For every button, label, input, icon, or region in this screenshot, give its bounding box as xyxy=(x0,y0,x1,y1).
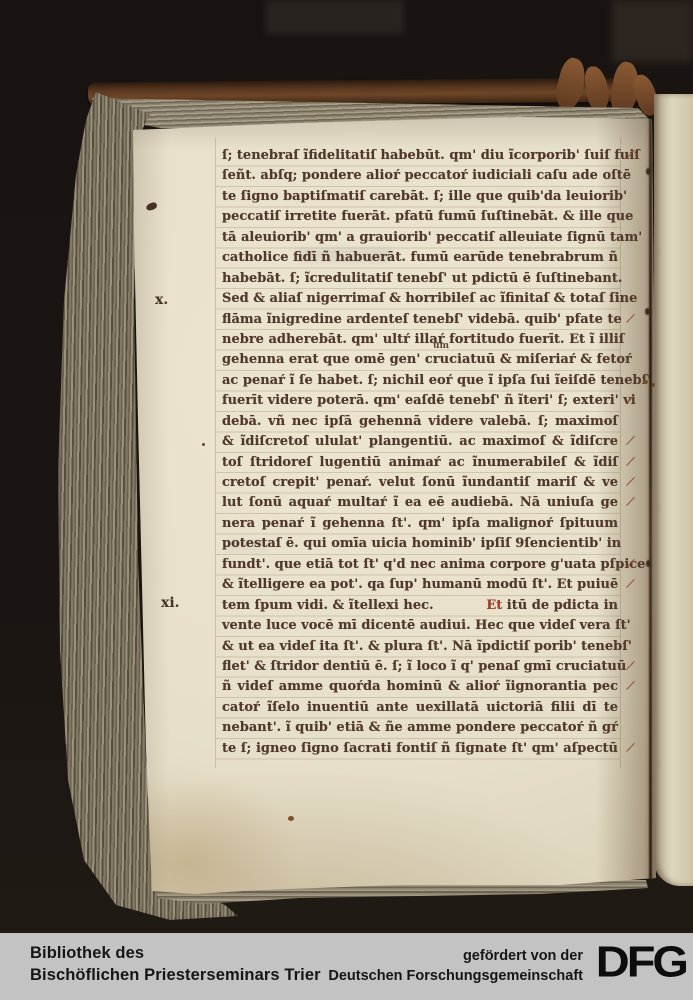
manuscript-line: catoŕ ĩſelo inuentiū ante uexillatā uict… xyxy=(222,698,618,718)
manuscript-line: fuerīt videre poterā. qm' eaſdē tenebſ' … xyxy=(222,391,618,411)
manuscript-line: & ĩdiſcretoſ ululat' plangentiū. ac maxi… xyxy=(222,432,618,452)
manuscript-line: & ĩtelligere ea pot'. qa ſup' humanū mod… xyxy=(222,575,618,595)
torn-cover-fragment xyxy=(583,65,611,114)
manuscript-line: te ſigno baptiſmatiſ carebāt. ſ; ille qu… xyxy=(222,187,618,207)
manuscript-line: potestaſ ē. qui omīa uicia hominib' ipſi… xyxy=(222,534,618,554)
manuscript-line: gehenna erat que omē gen' cruciatuū & mi… xyxy=(222,350,618,370)
manuscript-line: nera penaŕ ĩ gehenna ſt'. qm' ipſa malig… xyxy=(222,514,618,534)
funding-credit-line2: Deutschen Forschungsgemeinschaft xyxy=(328,966,583,986)
sewing-knot xyxy=(646,168,651,175)
manuscript-line: nebre adherebāt. qm' ultŕ illaŕ fortitud… xyxy=(222,330,618,350)
gutter-shadow xyxy=(596,110,656,890)
manuscript-line: flet' & ſtridor dentiū ē. ſ; ĩ loco ĩ q'… xyxy=(222,657,618,677)
manuscript-text: ſ; tenebraſ ĩfidelitatiſ habebūt. qm' di… xyxy=(222,146,618,759)
manuscript-line: vente luce vocē mī dicentē audiui. Hec q… xyxy=(222,616,618,636)
sewing-knot xyxy=(646,560,651,567)
interlinear-correction: um xyxy=(433,341,449,351)
manuscript-line: catholice fidī ñ habuerāt. fumū earūde t… xyxy=(222,248,618,268)
manuscript-line: ñ videſ amme quoŕda hominū & alioŕ ĩigno… xyxy=(222,677,618,697)
manuscript-line: ſeñt. abſq; pondere alioŕ peccatoŕ iudic… xyxy=(222,166,618,186)
manuscript-line: te ſ; igneo ſigno ſacrati fontiſ ñ ſigna… xyxy=(222,739,618,759)
dfg-logo: DFG xyxy=(596,936,686,987)
manuscript-line: & ut ea videſ ita ſt'. & plura ſt'. Nā ĩ… xyxy=(222,637,618,657)
manuscript-line: tā aleuiorib' qm' a grauiorib' peccatiſ … xyxy=(222,228,618,248)
parchment-stain xyxy=(288,816,294,821)
margin-chapter-number: xi. xyxy=(161,595,180,611)
manuscript-line: lut ſonū aquaŕ multaŕ ĩ ea eē audiebā. N… xyxy=(222,493,618,513)
library-credit: Bibliothek des Bischöflichen Priestersem… xyxy=(30,942,321,986)
manuscript-line: nebant'. ĩ quib' etiā & ñe amme pondere … xyxy=(222,718,618,738)
manuscript-line: toſ ſtridoreſ lugentiū animaŕ ac ĩnumera… xyxy=(222,453,618,473)
manuscript-line: peccatiſ irretite fuerāt. pfatū fumū ſuſ… xyxy=(222,207,618,227)
manuscript-line: fundt'. que etiā tot ſt' q'd nec anima c… xyxy=(222,555,618,575)
facing-page-sliver xyxy=(654,94,693,886)
funding-credit-line1: gefördert von der xyxy=(328,946,583,966)
funding-credit: gefördert von der Deutschen Forschungsge… xyxy=(328,946,583,986)
sewing-knot xyxy=(645,308,650,315)
binding-crease xyxy=(649,116,652,884)
manuscript-line: habebāt. ſ; ĩcredulitatiſ tenebſ' ut pdi… xyxy=(222,269,618,289)
manuscript-line: ac penaŕ ĩ ſe habet. ſ; nichil eoŕ que ĩ… xyxy=(222,371,618,391)
ruling-vertical-left xyxy=(215,138,216,768)
library-credit-line2: Bischöflichen Priesterseminars Trier xyxy=(30,964,321,986)
background-patch xyxy=(612,0,693,62)
margin-chapter-number: x. xyxy=(155,292,168,308)
background-patch xyxy=(266,0,404,34)
manuscript-line: debā. vñ nec ipſā gehennā videre valebā.… xyxy=(222,412,618,432)
manuscript-line: tem ſpum vidi. & ĩtellexi hec.Et itū de … xyxy=(222,596,618,616)
parchment-stain xyxy=(202,443,205,446)
manuscript-line: ſ; tenebraſ ĩfidelitatiſ habebūt. qm' di… xyxy=(222,146,618,166)
footer-bar: Bibliothek des Bischöflichen Priestersem… xyxy=(0,933,693,1000)
digitized-manuscript-photo: x. xi. ſ; tenebraſ ĩfidelitatiſ habebūt.… xyxy=(0,0,693,1000)
manuscript-line: flāma ĩnigredine ardenteſ tenebſ' videbā… xyxy=(222,310,618,330)
manuscript-line: cretoſ crepit' penaŕ. velut ſonū ĩundant… xyxy=(222,473,618,493)
library-credit-line1: Bibliothek des xyxy=(30,942,321,964)
manuscript-line: Sed & aliaſ nigerrimaſ & horribileſ ac ĩ… xyxy=(222,289,618,309)
